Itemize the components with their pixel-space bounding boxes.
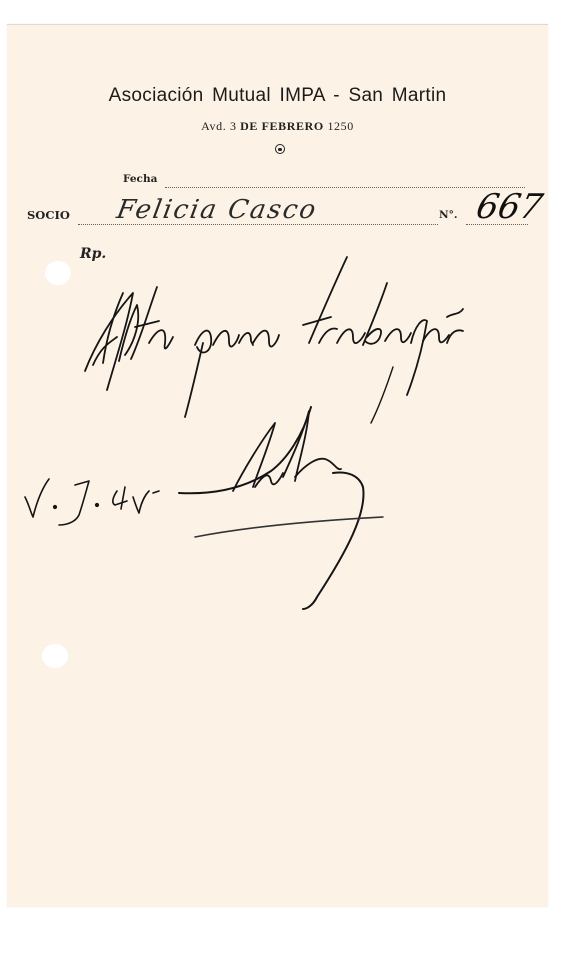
handwriting-ink [7, 25, 548, 907]
stroke-A [85, 293, 133, 390]
document-page: Asociación Mutual IMPA - San Martin Avd.… [7, 24, 548, 907]
